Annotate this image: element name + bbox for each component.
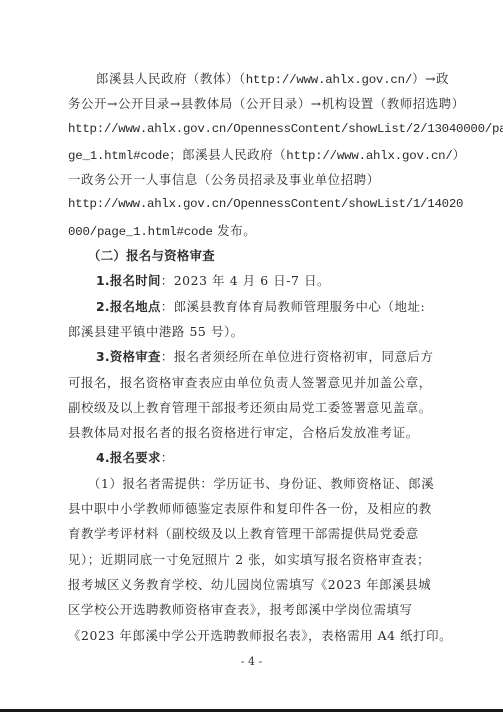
text-line: 县教体局对报名者的报名资格进行审定，合格后发放准考证。	[68, 420, 444, 445]
text: ；郎溪县人民政府（	[169, 147, 286, 162]
text-line: 000/page_1.html#code 发布。	[68, 218, 444, 243]
text: ）	[453, 147, 466, 162]
item-label: 2.报名地点	[96, 299, 161, 314]
text-line: 3.资格审查：报名者须经所在单位进行资格初审，同意后方	[68, 344, 444, 369]
url-link[interactable]: http://www.ahlx.gov.cn/	[286, 149, 452, 163]
text-line: ge_1.html#code；郎溪县人民政府（http://www.ahlx.g…	[68, 142, 444, 167]
text-line: （1）报名者需提供：学历证书、身份证、教师资格证、郎溪	[68, 471, 444, 496]
text-line: 区学校公开选聘教师资格审查表》，报考郎溪中学岗位需填写	[68, 597, 444, 622]
text-line: 《2023 年郎溪中学公开选聘教师报名表》，表格需用 A4 纸打印。	[68, 623, 444, 648]
text: 发布。	[213, 223, 257, 238]
item-label: 1.报名时间	[96, 273, 161, 288]
text-line: 报考城区义务教育学校、幼儿园岗位需填写《2023 年郎溪县城	[68, 572, 444, 597]
text-line: 育教学考评材料（副校级及以上教育管理干部需提供局党委意	[68, 521, 444, 546]
text-line: 2.报名地点：郎溪县教育体育局教师管理服务中心（地址:	[68, 294, 444, 319]
text-line: 见）；近期同底一寸免冠照片 2 张，如实填写报名资格审查表；	[68, 547, 444, 572]
text: ：2023 年 4 月 6 日-7 日。	[161, 273, 330, 288]
text: ：报名者须经所在单位进行资格初审，同意后方	[161, 349, 434, 364]
text-line: 4.报名要求：	[68, 445, 444, 470]
text-line: 1.报名时间：2023 年 4 月 6 日-7 日。	[68, 268, 444, 293]
text: ）→政	[412, 71, 449, 86]
text: 郎溪县人民政府（教体）（	[96, 71, 246, 86]
text-line: 务公开→公开目录→县教体局（公开目录）→机构设置（教师招选聘）	[68, 91, 444, 116]
url-link[interactable]: http://www.ahlx.gov.cn/OpennessContent/s…	[68, 117, 444, 142]
url-link[interactable]: 000/page_1.html#code	[68, 225, 213, 239]
text-line: 郎溪县人民政府（教体）（http://www.ahlx.gov.cn/）→政	[68, 66, 444, 91]
text-line: 一政务公开一人事信息（公务员招录及事业单位招聘）	[68, 167, 444, 192]
url-link[interactable]: http://www.ahlx.gov.cn/OpennessContent/s…	[68, 192, 444, 217]
text-line: 县中职中小学教师师德鉴定表原件和复印件各一份，及相应的教	[68, 496, 444, 521]
section-heading: （二）报名与资格审查	[68, 243, 444, 268]
text: ：郎溪县教育体育局教师管理服务中心（地址:	[161, 299, 426, 314]
item-label: 4.报名要求	[96, 450, 161, 465]
text-line: 可报名，报名资格审查表应由单位负责人签署意见并加盖公章，	[68, 370, 444, 395]
text: ：	[161, 450, 174, 465]
page-number: - 4 -	[0, 655, 503, 668]
document-page: 郎溪县人民政府（教体）（http://www.ahlx.gov.cn/）→政 务…	[0, 0, 503, 709]
item-label: 3.资格审查	[96, 349, 161, 364]
url-link[interactable]: http://www.ahlx.gov.cn/	[246, 73, 412, 87]
document-body: 郎溪县人民政府（教体）（http://www.ahlx.gov.cn/）→政 务…	[68, 66, 444, 648]
text-line: 郎溪县建平镇中港路 55 号）。	[68, 319, 444, 344]
url-link[interactable]: ge_1.html#code	[68, 149, 169, 163]
text-line: 副校级及以上教育管理干部报考还须由局党工委签署意见盖章。	[68, 395, 444, 420]
